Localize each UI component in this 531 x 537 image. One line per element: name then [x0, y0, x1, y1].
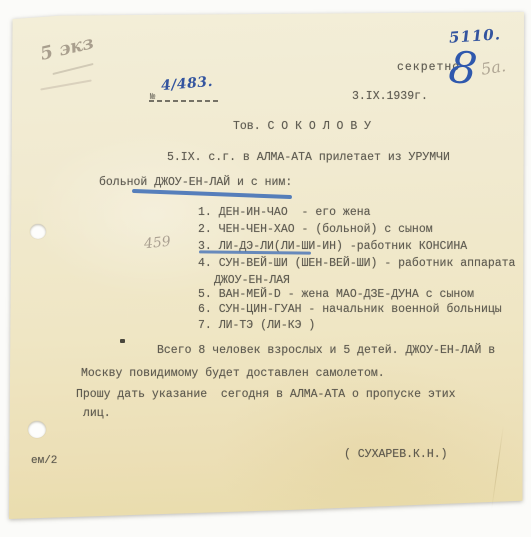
ink-dot [120, 339, 125, 343]
addressee-line: Тов. С О К О Л О В У [233, 120, 371, 133]
margin-number-459: 459 [143, 234, 171, 253]
list-row-2: 2. ЧЕН-ЧЕН-ХАО - (больной) с сыном [198, 223, 433, 236]
list-row-6: 6. СУН-ЦИН-ГУАН - начальник военной боль… [198, 303, 502, 316]
reg-number-underline [149, 100, 221, 102]
pencil-flourish-2 [40, 80, 92, 91]
name-underline-zhou [132, 189, 292, 199]
reg-number-symbol: № [150, 91, 155, 104]
name-underline-li [199, 250, 311, 254]
reg-number-value: 4/483. [160, 74, 213, 94]
punch-hole-bottom [28, 421, 46, 438]
punch-hole-top [30, 224, 46, 239]
intro-line-1: 5.IX. с.г. в АЛМА-АТА прилетает из УРУМЧ… [167, 151, 450, 164]
closing-line-1: Всего 8 человек взрослых и 5 детей. ДЖОУ… [157, 344, 495, 357]
closing-line-4: лиц. [83, 407, 111, 420]
list-row-7: 7. ЛИ-ТЭ (ЛИ-КЭ ) [198, 319, 315, 332]
signature-line: ( СУХАРЕВ.К.Н.) [344, 448, 448, 461]
intro-line-2: больной ДЖОУ-ЕН-ЛАЙ и с ним: [99, 176, 292, 189]
list-row-4: 4. СУН-ВЕЙ-ШИ (ШЕН-ВЕЙ-ШИ) - работник ап… [198, 257, 515, 270]
list-row-1: 1. ДЕН-ИН-ЧАО - его жена [198, 206, 371, 219]
pencil-note-5a: 5а. [480, 56, 507, 79]
crease-line [491, 425, 504, 509]
closing-line-3: Прошу дать указание сегодня в АЛМА-АТА о… [76, 388, 456, 401]
list-row-5: 5. ВАН-МЕЙ-D - жена МАО-ДЗЕ-ДУНА с сыном [198, 288, 474, 301]
list-row-4b: ДЖОУ-ЕН-ЛАЯ [214, 274, 290, 287]
pencil-copies-note: 5 экз [38, 32, 95, 65]
pencil-flourish-1 [52, 63, 93, 75]
closing-line-2: Москву повидимому будет доставлен самоле… [81, 367, 385, 380]
ink-figure-8: 8 [446, 42, 479, 96]
typist-mark: ем/2 [31, 455, 57, 468]
doc-date: 3.IX.1939г. [352, 90, 428, 103]
